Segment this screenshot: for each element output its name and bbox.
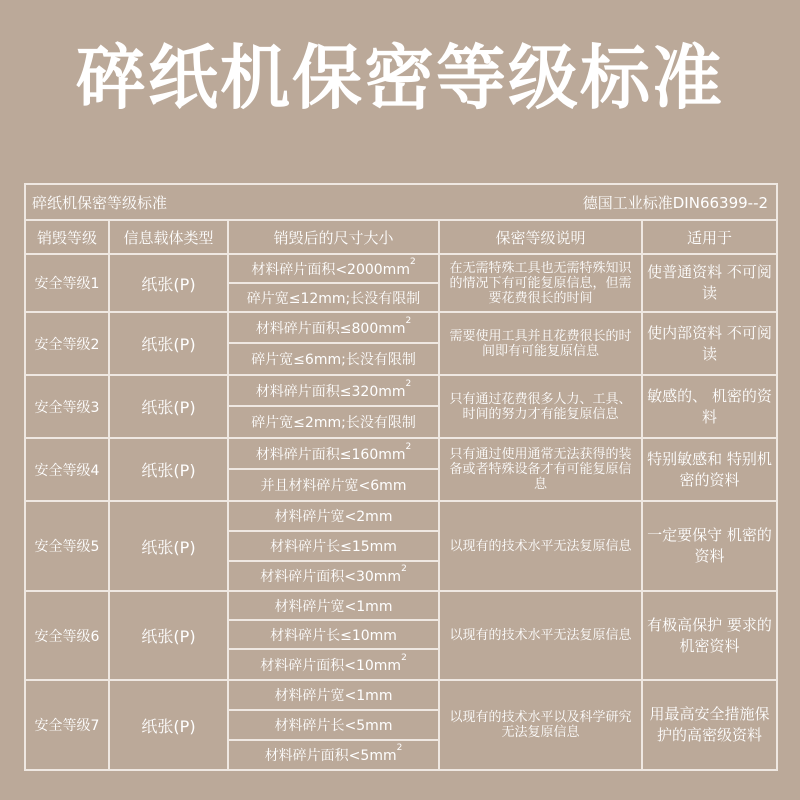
table-row: 安全等级5纸张(P)材料碎片宽<2mm以现有的技术水平无法复原信息一定要保守 机…	[25, 501, 777, 531]
shred-size-text: 碎片宽≤2mm;长没有限制	[251, 415, 416, 431]
cell-shred-size: 材料碎片面积<10mm2	[228, 649, 439, 680]
cell-shred-size: 碎片宽≤6mm;长没有限制	[228, 343, 439, 375]
table-caption-left: 碎纸机保密等级标准	[25, 184, 439, 220]
cell-shred-size: 材料碎片长≤10mm	[228, 620, 439, 649]
cell-applies-to: 用最高安全措施保护的高密级资料	[642, 680, 777, 770]
cell-shred-size: 材料碎片长<5mm	[228, 710, 439, 740]
cell-shred-size: 材料碎片面积<2000mm2	[228, 254, 439, 283]
cell-shred-size: 材料碎片长≤15mm	[228, 531, 439, 561]
shred-size-text: 材料碎片面积≤160mm	[256, 447, 406, 463]
cell-shred-size: 材料碎片宽<1mm	[228, 591, 439, 620]
cell-security-level: 安全等级4	[25, 438, 109, 501]
shred-size-text: 材料碎片面积<30mm	[260, 569, 401, 585]
shred-size-exponent: 2	[401, 653, 407, 663]
table-caption-row: 碎纸机保密等级标准 德国工业标准DIN66399--2	[25, 184, 777, 220]
cell-security-description: 以现有的技术水平以及科学研究无法复原信息	[439, 680, 642, 770]
cell-shred-size: 材料碎片面积≤800mm2	[228, 312, 439, 343]
cell-security-level: 安全等级1	[25, 254, 109, 312]
shred-size-text: 材料碎片长≤15mm	[270, 539, 397, 555]
cell-shred-size: 材料碎片宽<1mm	[228, 680, 439, 710]
cell-security-description: 只有通过花费很多人力、工具、时间的努力才有能复原信息	[439, 375, 642, 438]
shred-size-exponent: 2	[406, 442, 412, 452]
table-row: 安全等级4纸张(P)材料碎片面积≤160mm2只有通过使用通常无法获得的装备或者…	[25, 438, 777, 469]
shred-size-text: 材料碎片宽<1mm	[275, 599, 393, 615]
table-row: 安全等级7纸张(P)材料碎片宽<1mm以现有的技术水平以及科学研究无法复原信息用…	[25, 680, 777, 710]
cell-security-description: 在无需特殊工具也无需特殊知识的情况下有可能复原信息，但需要花费很长的时间	[439, 254, 642, 312]
cell-applies-to: 使普通资料 不可阅读	[642, 254, 777, 312]
cell-security-level: 安全等级3	[25, 375, 109, 438]
shred-size-text: 材料碎片长≤10mm	[270, 628, 397, 644]
table-row: 安全等级2纸张(P)材料碎片面积≤800mm2需要使用工具并且花费很长的时间即有…	[25, 312, 777, 343]
cell-security-description: 以现有的技术水平无法复原信息	[439, 501, 642, 591]
cell-applies-to: 敏感的、 机密的资料	[642, 375, 777, 438]
cell-carrier-type: 纸张(P)	[109, 312, 228, 375]
shred-size-text: 材料碎片长<5mm	[275, 718, 393, 734]
cell-carrier-type: 纸张(P)	[109, 375, 228, 438]
cell-carrier-type: 纸张(P)	[109, 680, 228, 770]
security-level-table: 碎纸机保密等级标准 德国工业标准DIN66399--2 销毁等级 信息载体类型 …	[24, 183, 778, 771]
shred-size-text: 碎片宽≤6mm;长没有限制	[251, 352, 416, 368]
shred-size-text: 碎片宽≤12mm;长没有限制	[247, 291, 421, 307]
table-row: 安全等级1纸张(P)材料碎片面积<2000mm2在无需特殊工具也无需特殊知识的情…	[25, 254, 777, 283]
shred-size-exponent: 2	[401, 564, 407, 574]
cell-carrier-type: 纸张(P)	[109, 501, 228, 591]
cell-security-level: 安全等级7	[25, 680, 109, 770]
shred-size-text: 材料碎片面积<5mm	[265, 748, 397, 764]
shred-size-text: 材料碎片宽<2mm	[275, 509, 393, 525]
table-row: 安全等级6纸张(P)材料碎片宽<1mm以现有的技术水平无法复原信息有极高保护 要…	[25, 591, 777, 620]
cell-shred-size: 碎片宽≤2mm;长没有限制	[228, 406, 439, 438]
shred-size-exponent: 2	[406, 379, 412, 389]
table-header-row: 销毁等级 信息载体类型 销毁后的尺寸大小 保密等级说明 适用于	[25, 220, 777, 254]
cell-carrier-type: 纸张(P)	[109, 254, 228, 312]
cell-shred-size: 材料碎片面积≤320mm2	[228, 375, 439, 406]
cell-security-description: 需要使用工具并且花费很长的时间即有可能复原信息	[439, 312, 642, 375]
shred-size-text: 材料碎片面积<10mm	[260, 658, 401, 674]
cell-applies-to: 有极高保护 要求的机密资料	[642, 591, 777, 680]
table-caption-standard: 德国工业标准DIN66399--2	[439, 184, 777, 220]
cell-security-level: 安全等级6	[25, 591, 109, 680]
cell-security-level: 安全等级5	[25, 501, 109, 591]
cell-security-description: 只有通过使用通常无法获得的装备或者特殊设备才有可能复原信息	[439, 438, 642, 501]
header-description: 保密等级说明	[439, 220, 642, 254]
cell-carrier-type: 纸张(P)	[109, 438, 228, 501]
shred-size-text: 并且材料碎片宽<6mm	[261, 478, 407, 494]
shred-size-exponent: 2	[397, 743, 403, 753]
shred-size-exponent: 2	[410, 257, 416, 267]
header-carrier: 信息载体类型	[109, 220, 228, 254]
table-row: 安全等级3纸张(P)材料碎片面积≤320mm2只有通过花费很多人力、工具、时间的…	[25, 375, 777, 406]
cell-applies-to: 使内部资料 不可阅读	[642, 312, 777, 375]
cell-applies-to: 一定要保守 机密的资料	[642, 501, 777, 591]
cell-carrier-type: 纸张(P)	[109, 591, 228, 680]
cell-applies-to: 特别敏感和 特别机密的资料	[642, 438, 777, 501]
cell-shred-size: 材料碎片宽<2mm	[228, 501, 439, 531]
header-size: 销毁后的尺寸大小	[228, 220, 439, 254]
cell-security-level: 安全等级2	[25, 312, 109, 375]
cell-shred-size: 碎片宽≤12mm;长没有限制	[228, 283, 439, 312]
cell-shred-size: 材料碎片面积≤160mm2	[228, 438, 439, 469]
page-title: 碎纸机保密等级标准	[0, 38, 800, 118]
shred-size-text: 材料碎片面积<2000mm	[251, 262, 410, 278]
shred-size-text: 材料碎片面积≤800mm	[256, 321, 406, 337]
cell-shred-size: 并且材料碎片宽<6mm	[228, 469, 439, 501]
shred-size-text: 材料碎片宽<1mm	[275, 688, 393, 704]
cell-security-description: 以现有的技术水平无法复原信息	[439, 591, 642, 680]
shred-size-exponent: 2	[406, 316, 412, 326]
header-applies-to: 适用于	[642, 220, 777, 254]
header-level: 销毁等级	[25, 220, 109, 254]
cell-shred-size: 材料碎片面积<5mm2	[228, 740, 439, 770]
shred-size-text: 材料碎片面积≤320mm	[256, 384, 406, 400]
cell-shred-size: 材料碎片面积<30mm2	[228, 561, 439, 591]
